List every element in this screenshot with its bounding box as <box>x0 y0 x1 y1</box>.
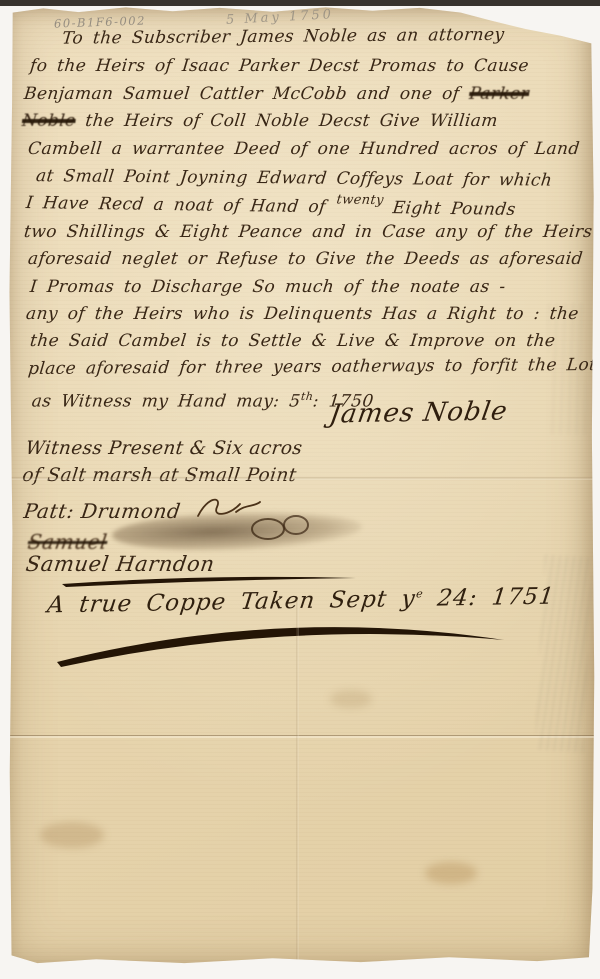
fold-crease-horizontal-upper <box>8 477 596 480</box>
line-text: fo the Heirs of Isaac Parker Decst Proma… <box>29 56 530 76</box>
line-text: the Heirs of Coll Noble Decst Give Willi… <box>75 111 499 131</box>
fold-crease-vertical <box>296 599 299 965</box>
ink-bleedthrough <box>535 555 593 752</box>
manuscript-paper: 60-B1F6-002 5 May 1750 To the Subscriber… <box>8 4 596 965</box>
manuscript-line: aforesaid neglet or Refuse to Give the D… <box>21 246 584 273</box>
line-text: I Promas to Discharge So much of the noa… <box>29 277 507 297</box>
line-text: as Witness my Hand may: 5 <box>31 392 302 412</box>
paper-stain <box>425 862 477 884</box>
witness-note-line: of Salt marsh at Small Point <box>21 463 301 490</box>
line-text: Cambell a warrantee Deed of one Hundred … <box>27 139 581 159</box>
line-text: at Small Point Joyning Edward Coffeys Lo… <box>35 166 553 191</box>
witness-note: Witness Present & Six acros of Salt mars… <box>21 436 304 489</box>
line-text: To the Subscriber James Noble as an atto… <box>61 25 505 49</box>
scanner-background-strip <box>0 0 600 6</box>
line-text: I Have Recd a noat of Hand of <box>25 193 337 217</box>
paper-stain <box>330 690 372 708</box>
line-text: any of the Heirs who is Delinquents Has … <box>25 304 580 324</box>
manuscript-line: place aforesaid for three years oatherwa… <box>21 352 584 383</box>
heavy-underline-stroke <box>60 572 360 588</box>
line-text: place aforesaid for three years oatherwa… <box>27 355 600 379</box>
ink-bleedthrough <box>548 304 586 434</box>
witness-note-line: Witness Present & Six acros <box>24 436 304 463</box>
manuscript-line: To the Subscriber James Noble as an atto… <box>21 21 584 53</box>
scribble-loops <box>238 509 328 549</box>
signature-james-noble: James Noble <box>327 396 510 429</box>
manuscript-line: two Shillings & Eight Peance and in Case… <box>21 219 584 246</box>
line-text: the Said Cambel is to Settle & Live & Im… <box>29 331 556 351</box>
attestation-text: 24: 1751 <box>421 584 556 612</box>
manuscript-line: Cambell a warrantee Deed of one Hundred … <box>21 136 584 163</box>
manuscript-line: fo the Heirs of Isaac Parker Decst Proma… <box>21 53 584 80</box>
fold-crease-horizontal-lower <box>8 735 596 739</box>
manuscript-line: I Promas to Discharge So much of the noa… <box>21 274 584 301</box>
manuscript-line: any of the Heirs who is Delinquents Has … <box>21 301 584 328</box>
line-text: Benjaman Samuel Cattler McCobb and one o… <box>23 84 470 104</box>
struck-word: Parker <box>468 84 530 104</box>
paper-stain <box>40 822 104 848</box>
line-text: Eight Pounds <box>382 198 517 220</box>
heavy-ink-swash <box>54 612 509 672</box>
document-body-text: To the Subscriber James Noble as an atto… <box>22 26 582 416</box>
line-text: aforesaid neglet or Refuse to Give the D… <box>27 249 584 269</box>
witness-signature-struck: Samuel <box>26 530 109 554</box>
struck-word: Noble <box>21 111 77 131</box>
line-text: two Shillings & Eight Peance and in Case… <box>23 222 593 242</box>
inserted-word: twenty <box>336 193 385 209</box>
manuscript-line: Noble the Heirs of Coll Noble Decst Give… <box>21 108 584 135</box>
manuscript-line: Benjaman Samuel Cattler McCobb and one o… <box>21 81 584 108</box>
